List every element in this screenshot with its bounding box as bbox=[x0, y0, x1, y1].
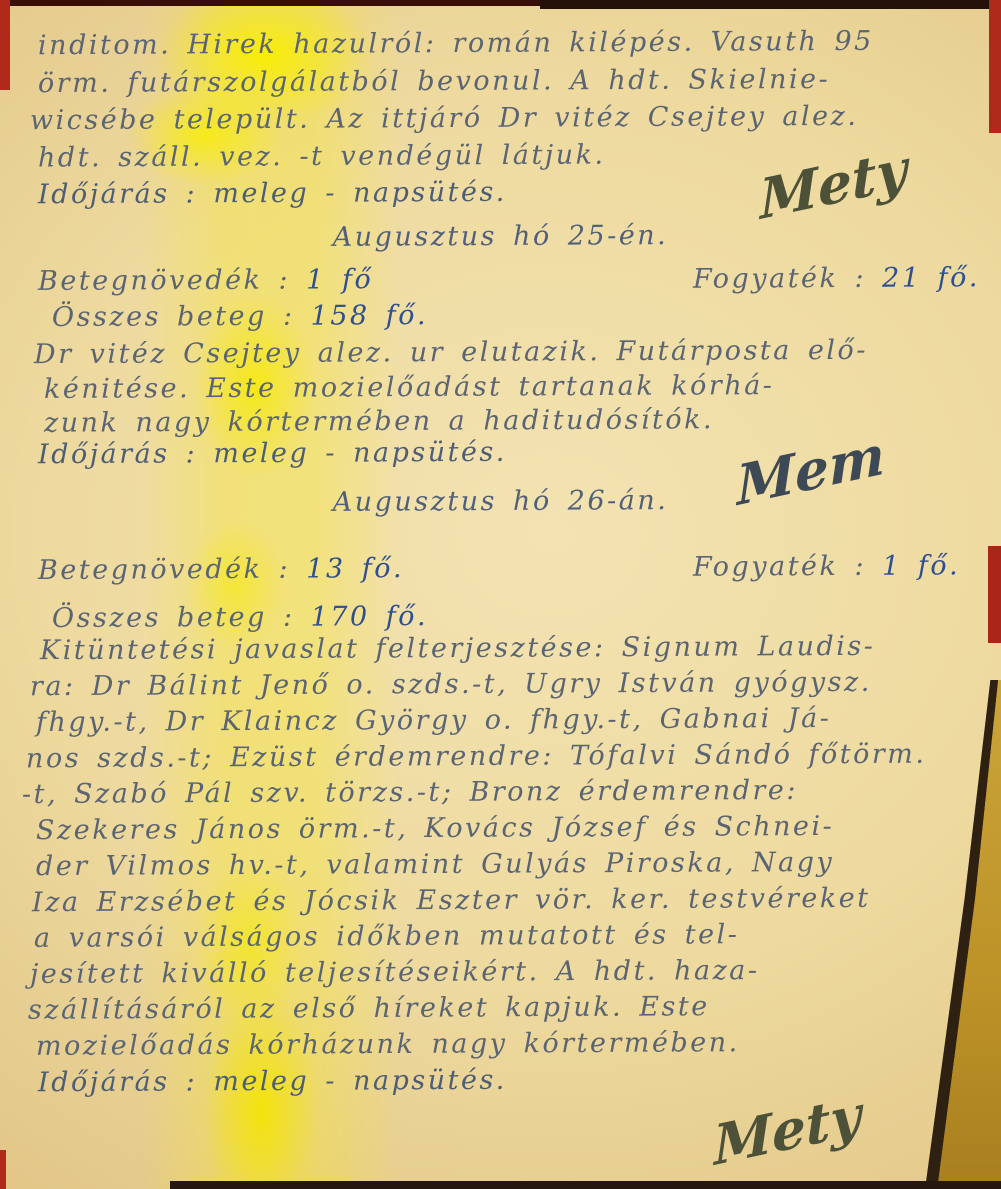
stat-loss-label: Fogyaték : bbox=[693, 263, 866, 295]
scan-edge-left-red bbox=[0, 0, 10, 90]
stat-growth: Betegnövedék : 13 fő. bbox=[38, 553, 404, 586]
stat-total: Összes beteg : 158 fő. bbox=[52, 300, 428, 333]
handwritten-line: -t, Szabó Pál szv. törzs.-t; Bronz érdem… bbox=[22, 775, 798, 810]
handwritten-line: Kitüntetési javaslat felterjesztése: Sig… bbox=[40, 631, 875, 666]
date-heading: Augusztus hó 25-én. bbox=[0, 218, 1001, 254]
stat-growth-label: Betegnövedék : bbox=[38, 554, 290, 586]
handwritten-line: mozielőadás kórházunk nagy kórtermében. bbox=[36, 1027, 740, 1062]
stat-growth-label: Betegnövedék : bbox=[38, 265, 290, 297]
scan-edge-left-red-bottom bbox=[0, 1150, 6, 1189]
handwritten-line: zunk nagy kórtermében a haditudósítók. bbox=[44, 404, 714, 439]
stat-total-value: 170 fő. bbox=[311, 601, 429, 633]
date-heading: Augusztus hó 26-án. bbox=[0, 483, 1001, 519]
stat-total: Összes beteg : 170 fő. bbox=[52, 601, 428, 634]
handwritten-line: a varsói válságos időkben mutatott és te… bbox=[34, 919, 739, 954]
weather-line: Időjárás : meleg - napsütés. bbox=[38, 1065, 507, 1098]
scan-edge-right-red-top bbox=[989, 0, 1001, 133]
scan-edge-right-red-mid bbox=[988, 546, 1001, 643]
stat-loss-value: 21 fő. bbox=[882, 262, 980, 294]
stat-growth-value: 1 fő bbox=[306, 264, 373, 295]
handwritten-line: jesített kiválló teljesítéseikért. A hdt… bbox=[30, 955, 760, 990]
handwritten-line: Szekeres János örm.-t, Kovács József és … bbox=[36, 811, 834, 846]
stat-total-label: Összes beteg : bbox=[52, 301, 295, 333]
handwritten-line: szállításáról az első híreket kapjuk. Es… bbox=[28, 991, 710, 1026]
stat-total-value: 158 fő. bbox=[311, 300, 429, 332]
weather-line: Időjárás : meleg - napsütés. bbox=[38, 177, 507, 210]
stat-growth: Betegnövedék : 1 fő bbox=[38, 264, 373, 297]
stat-loss: Fogyaték : 1 fő. bbox=[693, 550, 960, 582]
stat-growth-value: 13 fő. bbox=[306, 553, 404, 585]
stat-loss: Fogyaték : 21 fő. bbox=[693, 262, 980, 295]
handwritten-line: der Vilmos hv.-t, valamint Gulyás Pirosk… bbox=[36, 847, 834, 882]
stat-total-label: Összes beteg : bbox=[52, 602, 295, 634]
handwritten-line: nos szds.-t; Ezüst érdemrendre: Tófalvi … bbox=[26, 739, 927, 775]
handwritten-line: hdt. száll. vez. -t vendégül látjuk. bbox=[38, 140, 606, 174]
handwritten-line: Iza Erzsébet és Jócsik Eszter vör. ker. … bbox=[32, 883, 871, 918]
scan-edge-bottom bbox=[170, 1181, 1001, 1189]
handwritten-line: fhgy.-t, Dr Klaincz György o. fhgy.-t, G… bbox=[36, 703, 832, 738]
stat-loss-value: 1 fő. bbox=[882, 550, 960, 581]
handwritten-line: wicsébe települt. Az ittjáró Dr vitéz Cs… bbox=[30, 101, 859, 136]
handwritten-line: Dr vitéz Csejtey alez. ur elutazik. Futá… bbox=[34, 335, 868, 370]
scanned-diary-page: inditom. Hirek hazulról: román kilépés. … bbox=[0, 0, 1001, 1189]
signature-scribble: Mety bbox=[713, 1082, 862, 1178]
handwritten-line: örm. futárszolgálatból bevonul. A hdt. S… bbox=[38, 64, 830, 99]
weather-line: Időjárás : meleg - napsütés. bbox=[38, 437, 507, 470]
scan-edge-top-dark bbox=[540, 0, 1001, 9]
handwritten-line: inditom. Hirek hazulról: román kilépés. … bbox=[38, 26, 874, 61]
stat-loss-label: Fogyaték : bbox=[693, 551, 866, 583]
handwritten-line: ra: Dr Bálint Jenő o. szds.-t, Ugry Istv… bbox=[30, 667, 872, 702]
signature-scribble: Mety bbox=[759, 136, 908, 232]
handwritten-line: kénitése. Este mozielőadást tartanak kór… bbox=[44, 370, 775, 405]
